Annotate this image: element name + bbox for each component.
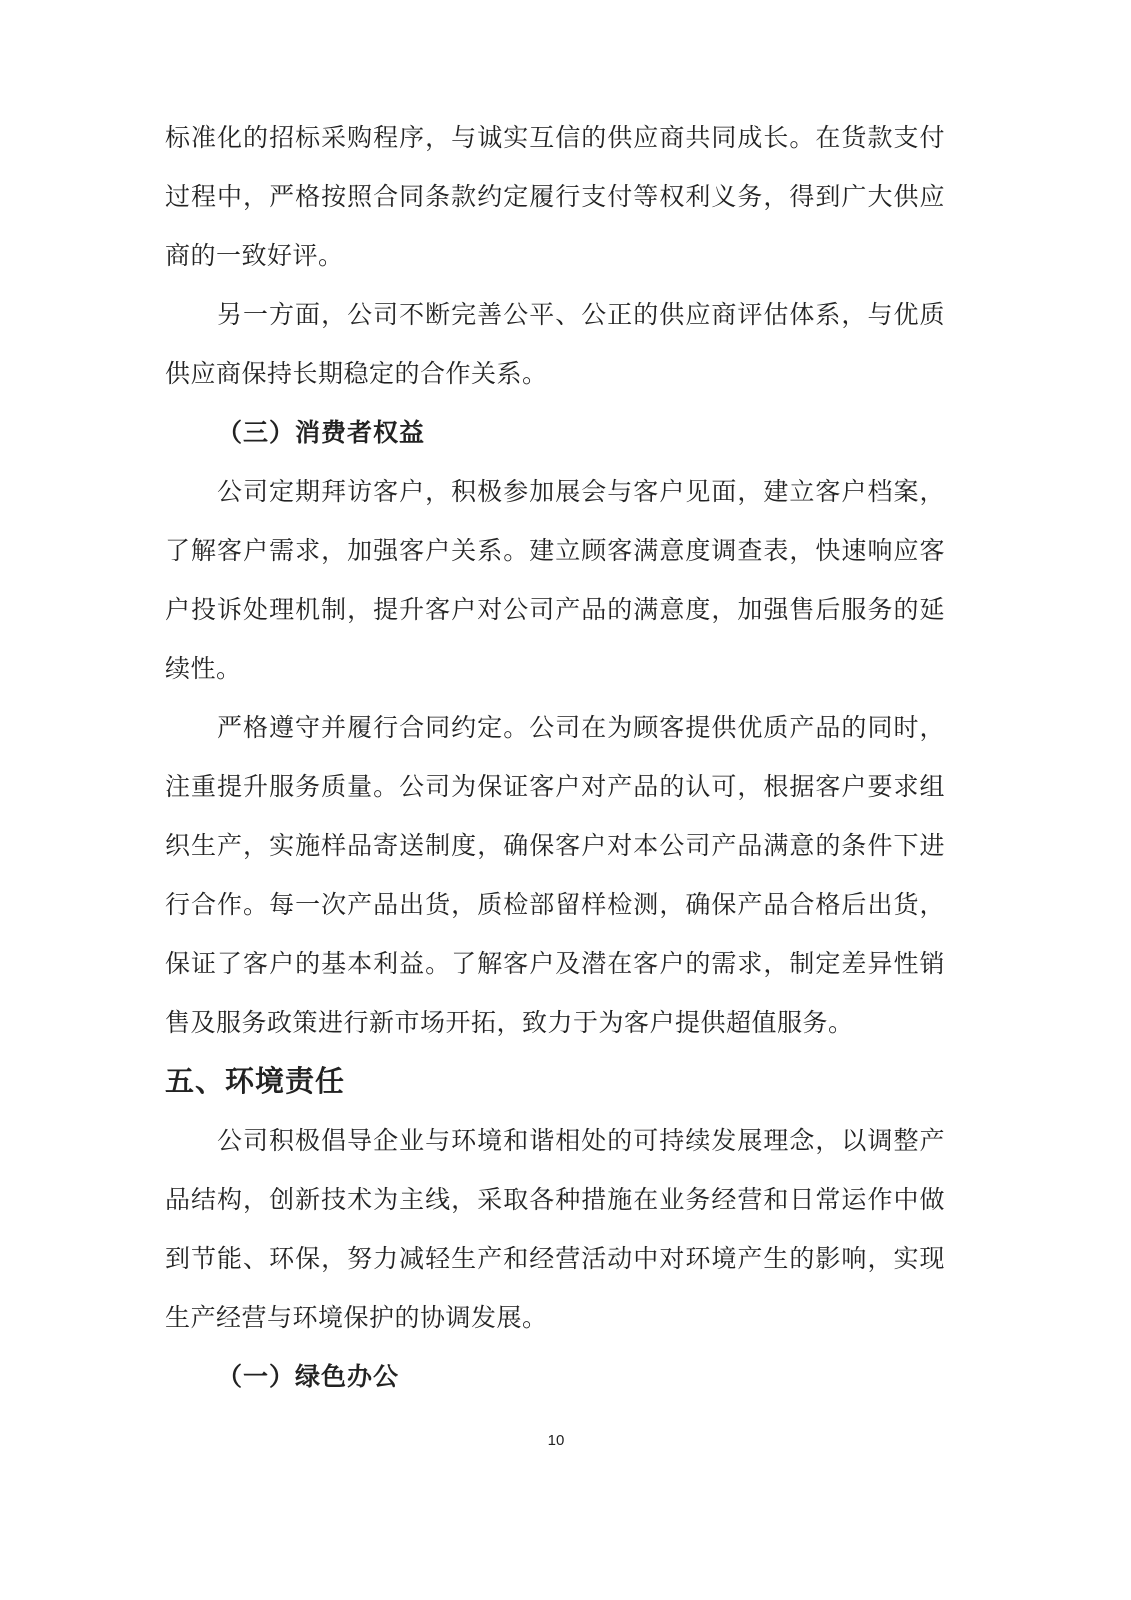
paragraph-sustainable-development: 公司积极倡导企业与环境和谐相处的可持续发展理念，以调整产品结构，创新技术为主线，… bbox=[165, 1111, 945, 1347]
subheading-green-office: （一）绿色办公 bbox=[165, 1347, 945, 1406]
page-number: 10 bbox=[0, 1432, 1112, 1449]
subheading-consumer-rights: （三）消费者权益 bbox=[165, 403, 945, 462]
section-heading-environmental-responsibility: 五、环境责任 bbox=[165, 1052, 945, 1111]
paragraph-customer-visits: 公司定期拜访客户，积极参加展会与客户见面，建立客户档案，了解客户需求，加强客户关… bbox=[165, 462, 945, 698]
paragraph-contract-compliance: 严格遵守并履行合同约定。公司在为顾客提供优质产品的同时，注重提升服务质量。公司为… bbox=[165, 698, 945, 1052]
paragraph-supplier-evaluation: 另一方面，公司不断完善公平、公正的供应商评估体系，与优质供应商保持长期稳定的合作… bbox=[165, 285, 945, 403]
paragraph-supplier-procurement: 标准化的招标采购程序，与诚实互信的供应商共同成长。在货款支付过程中，严格按照合同… bbox=[165, 108, 945, 285]
document-page: 标准化的招标采购程序，与诚实互信的供应商共同成长。在货款支付过程中，严格按照合同… bbox=[165, 108, 945, 1406]
